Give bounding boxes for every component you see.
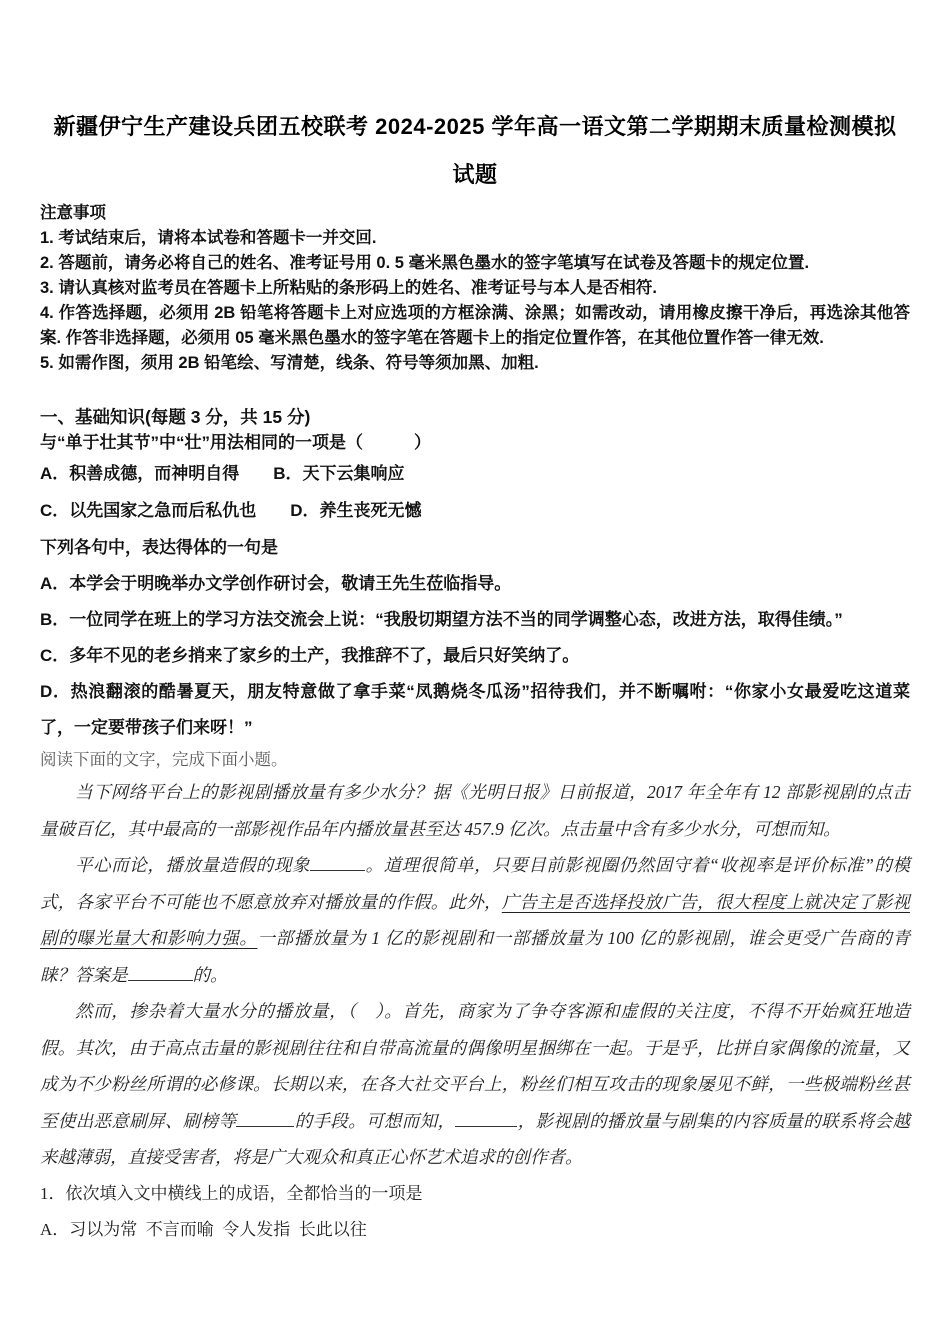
reading-section: 阅读下面的文字，完成下面小题。 当下网络平台上的影视剧播放量有多少水分？据《光明… xyxy=(40,746,910,1248)
page-title-line2: 试题 xyxy=(40,151,910,199)
passage-text: 的。 xyxy=(193,965,228,985)
fill-in-blank xyxy=(455,1112,517,1127)
page-title-line1: 新疆伊宁生产建设兵团五校联考 2024-2025 学年高一语文第二学期期末质量检… xyxy=(40,103,910,151)
page-title: 新疆伊宁生产建设兵团五校联考 2024-2025 学年高一语文第二学期期末质量检… xyxy=(40,103,910,199)
notice-item: 4. 作答选择题，必须用 2B 铅笔将答题卡上对应选项的方框涂满、涂黑；如需改动… xyxy=(40,301,910,351)
passage-text: 平心而论，播放量造假的现象 xyxy=(75,855,310,875)
reading-instruction: 阅读下面的文字，完成下面小题。 xyxy=(40,746,910,774)
option-c: C．以先国家之急而后私仇也 xyxy=(40,492,256,529)
fill-in-blank xyxy=(236,1112,294,1127)
section-basic-knowledge: 一、基础知识(每题 3 分，共 15 分) 与“单于壮其节”中“壮”用法相同的一… xyxy=(40,404,910,746)
option-row: C．以先国家之急而后私仇也 D．养生丧死无憾 xyxy=(40,492,910,529)
fill-in-blank xyxy=(310,856,365,871)
fill-in-blank xyxy=(128,966,193,981)
option-d: D．养生丧死无憾 xyxy=(290,492,421,529)
option-c: C．多年不见的老乡捎来了家乡的土产，我推辞不了，最后只好笑纳了。 xyxy=(40,638,910,674)
option-d: D．热浪翻滚的酷暑夏天，朋友特意做了拿手菜“凤鹅烧冬瓜汤”招待我们，并不断嘱咐：… xyxy=(40,674,910,746)
passage-text: 的手段。可想而知， xyxy=(294,1111,455,1131)
question-1-option-a: A．习以为常 不言而喻 令人发指 长此以往 xyxy=(40,1212,910,1248)
notice-section: 注意事项 1. 考试结束后，请将本试卷和答题卡一并交回. 2. 答题前，请务必将… xyxy=(40,201,910,376)
question-stem-zhuang: 与“单于壮其节”中“壮”用法相同的一项是（ ） xyxy=(40,430,910,455)
exam-paper-page: 新疆伊宁生产建设兵团五校联考 2024-2025 学年高一语文第二学期期末质量检… xyxy=(0,0,950,1344)
notice-item: 2. 答题前，请务必将自己的姓名、准考证号用 0. 5 毫米黑色墨水的签字笔填写… xyxy=(40,251,910,276)
option-a: A．本学会于明晚举办文学创作研讨会，敬请王先生莅临指导。 xyxy=(40,566,910,602)
passage-paragraph-1: 当下网络平台上的影视剧播放量有多少水分？据《光明日报》日前报道，2017 年全年… xyxy=(40,774,910,847)
option-b: B．一位同学在班上的学习方法交流会上说：“我殷切期望方法不当的同学调整心态，改进… xyxy=(40,602,910,638)
option-a: A．积善成德，而神明自得 xyxy=(40,455,239,492)
notice-item: 5. 如需作图，须用 2B 铅笔绘、写清楚，线条、符号等须加黑、加粗. xyxy=(40,351,910,376)
question-1: 1．依次填入文中横线上的成语，全都恰当的一项是 A．习以为常 不言而喻 令人发指… xyxy=(40,1176,910,1248)
section-heading: 一、基础知识(每题 3 分，共 15 分) xyxy=(40,404,910,430)
question-1-stem: 1．依次填入文中横线上的成语，全都恰当的一项是 xyxy=(40,1176,910,1212)
notice-item: 1. 考试结束后，请将本试卷和答题卡一并交回. xyxy=(40,226,910,251)
passage-paragraph-3: 然而，掺杂着大量水分的播放量，（ ）。首先，商家为了争夺客源和虚假的关注度，不得… xyxy=(40,993,910,1176)
question-stem-deti: 下列各句中，表达得体的一句是 xyxy=(40,529,910,566)
notice-heading: 注意事项 xyxy=(40,201,910,226)
option-row: A．积善成德，而神明自得 B．天下云集响应 xyxy=(40,455,910,492)
option-b: B．天下云集响应 xyxy=(273,455,404,492)
passage-paragraph-2: 平心而论，播放量造假的现象。道理很简单，只要目前影视圈仍然固守着“收视率是评价标… xyxy=(40,847,910,993)
notice-item: 3. 请认真核对监考员在答题卡上所粘贴的条形码上的姓名、准考证号与本人是否相符. xyxy=(40,276,910,301)
